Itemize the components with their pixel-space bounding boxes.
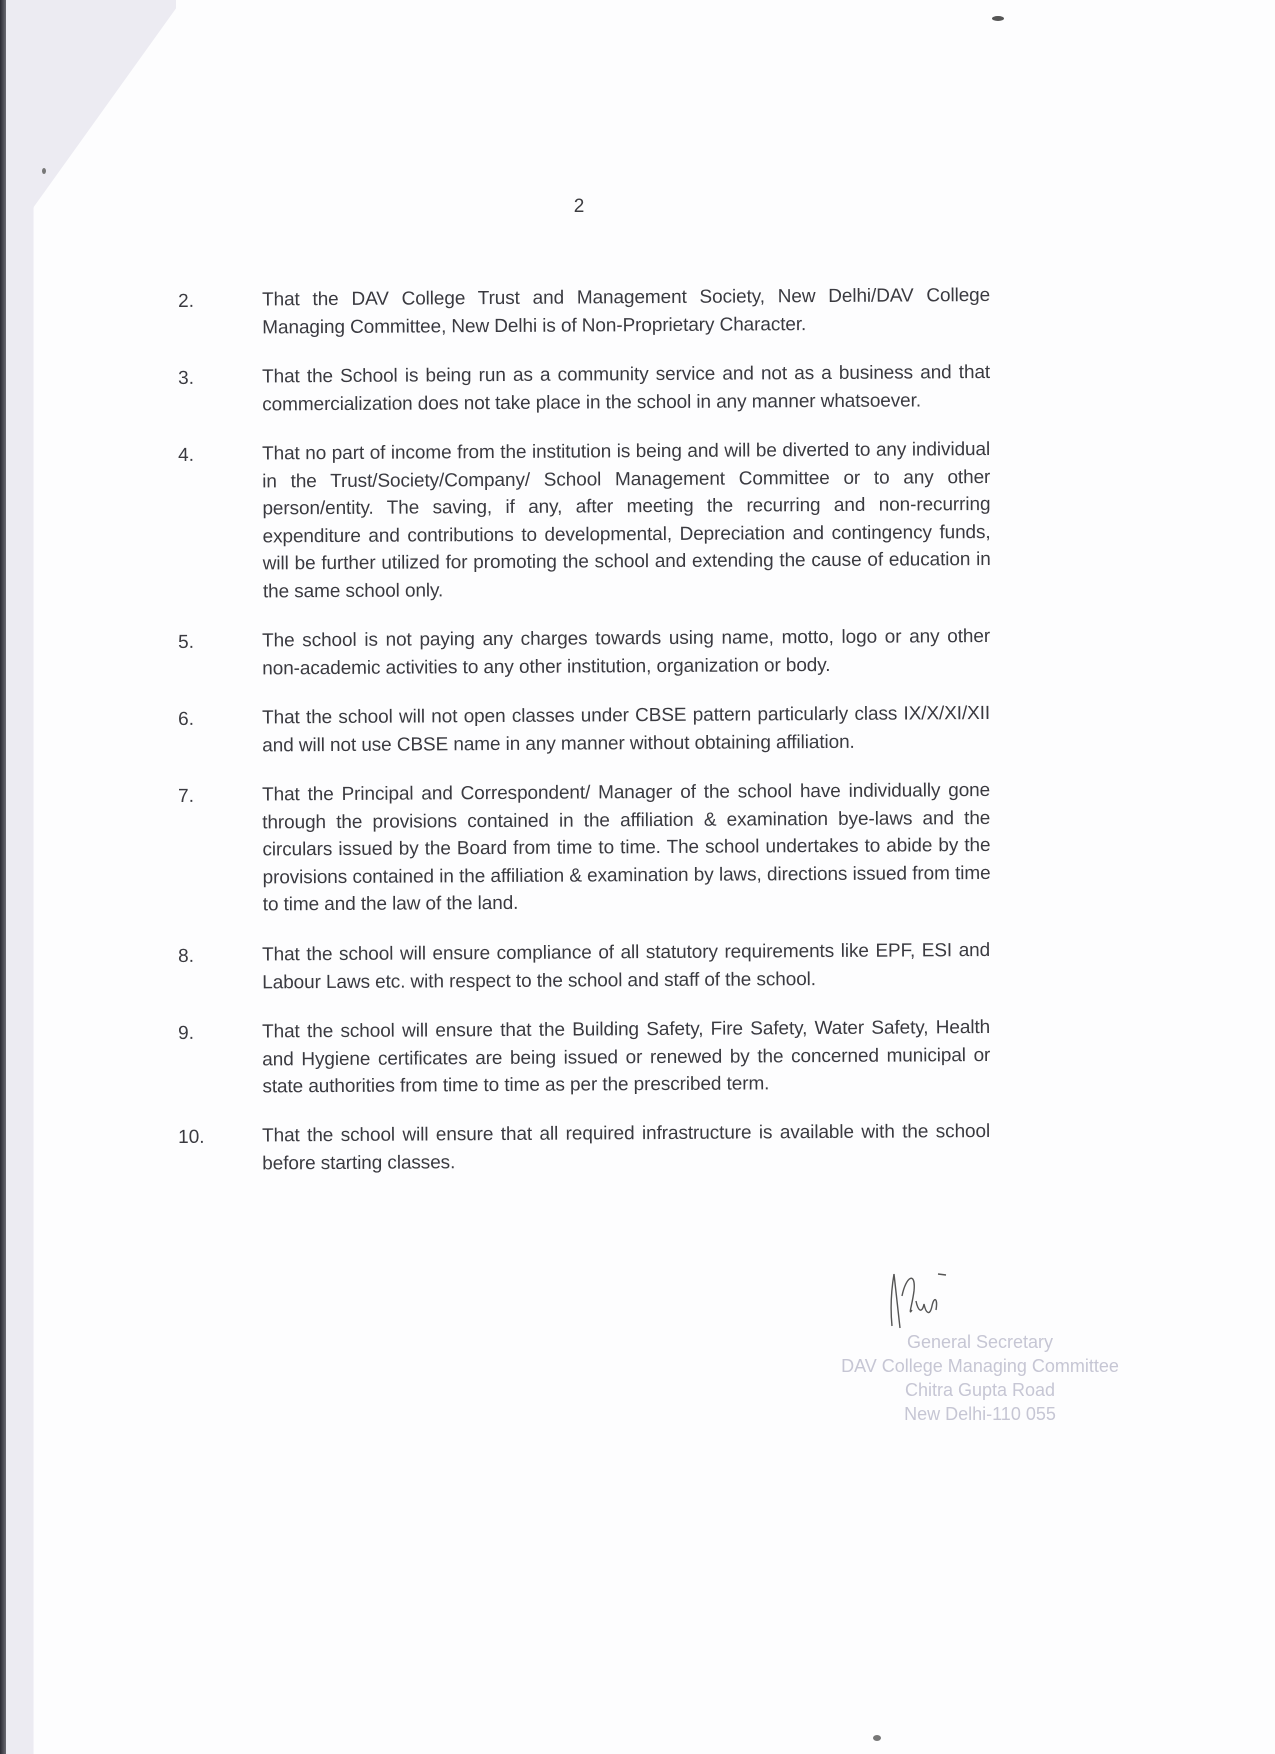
scan-speck xyxy=(992,16,1004,21)
clause-text: That the school will ensure that the Bui… xyxy=(262,1013,990,1100)
stamp-line-organization: DAV College Managing Committee xyxy=(810,1354,1150,1378)
clause-number: 9. xyxy=(170,1018,263,1101)
clause-item: 9. That the school will ensure that the … xyxy=(170,1013,990,1101)
clause-item: 3. That the School is being run as a com… xyxy=(170,359,990,419)
stamp-line-city: New Delhi-110 055 xyxy=(810,1402,1150,1426)
page-number: 2 xyxy=(0,196,1158,218)
clause-item: 7. That the Principal and Correspondent/… xyxy=(170,777,991,920)
folded-corner xyxy=(6,0,176,1754)
clause-text: That the school will ensure compliance o… xyxy=(262,936,990,995)
clause-text: That the DAV College Trust and Managemen… xyxy=(262,282,990,341)
clause-number: 5. xyxy=(170,627,262,683)
clause-text: That the Principal and Correspondent/ Ma… xyxy=(262,777,991,919)
scan-speck xyxy=(873,1735,881,1741)
clause-number: 6. xyxy=(170,704,262,760)
clause-text: That the school will not open classes un… xyxy=(262,700,990,759)
clause-text: That no part of income from the institut… xyxy=(262,436,991,605)
scan-speck xyxy=(42,168,46,174)
clause-text: The school is not paying any charges tow… xyxy=(262,623,990,682)
clause-item: 8. That the school will ensure complianc… xyxy=(170,936,990,996)
clause-number: 2. xyxy=(170,286,262,342)
clause-item: 2. That the DAV College Trust and Manage… xyxy=(170,282,990,342)
clause-item: 6. That the school will not open classes… xyxy=(170,700,990,760)
official-stamp: General Secretary DAV College Managing C… xyxy=(810,1330,1150,1426)
clause-number: 4. xyxy=(170,440,263,606)
clause-item: 5. The school is not paying any charges … xyxy=(170,623,990,683)
clause-number: 7. xyxy=(170,781,263,919)
signature-block: General Secretary DAV College Managing C… xyxy=(810,1262,1150,1432)
clause-item: 4. That no part of income from the insti… xyxy=(170,436,991,606)
clause-text: That the School is being run as a commun… xyxy=(262,359,990,418)
clause-number: 3. xyxy=(170,363,262,419)
stamp-line-title: General Secretary xyxy=(810,1330,1150,1354)
clause-item: 10. That the school will ensure that all… xyxy=(170,1118,990,1178)
clause-text: That the school will ensure that all req… xyxy=(262,1118,990,1177)
clause-number: 8. xyxy=(170,941,262,997)
clause-number: 10. xyxy=(170,1122,262,1178)
handwritten-signature-icon xyxy=(886,1266,976,1336)
stamp-line-road: Chitra Gupta Road xyxy=(810,1378,1150,1402)
numbered-clauses: 2. That the DAV College Trust and Manage… xyxy=(170,287,990,1200)
